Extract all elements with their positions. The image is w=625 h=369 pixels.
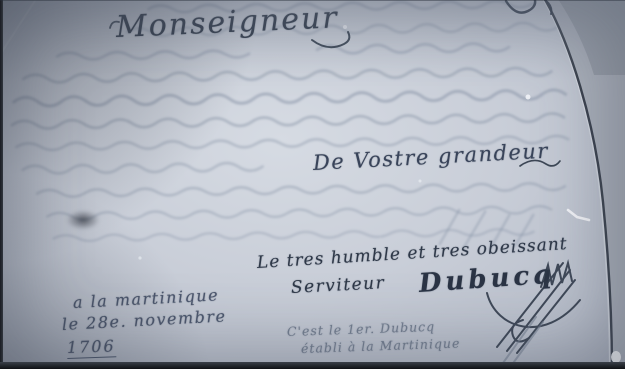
scratch-mark [568, 210, 589, 220]
valediction-text: De Vostre grandeur [312, 139, 549, 175]
ink-smudge [66, 210, 100, 230]
corner-fold-line [0, 0, 38, 58]
closing-line-2: Serviteur [290, 273, 385, 298]
pencil-note-line-2: établi à la Martinique [301, 335, 461, 356]
photo-left-border [0, 0, 3, 369]
pencil-note-line-1: C'est le 1er. Dubucq [287, 319, 436, 339]
photo-top-border [0, 0, 625, 1]
beyond-page-edge [543, 0, 625, 369]
year-text: 1706 [67, 336, 116, 359]
signature-text: Dubucq [418, 260, 556, 299]
salutation-text: Monseigneur [115, 0, 339, 45]
page-edge-line [543, 0, 612, 369]
beyond-page-edge-dark-corner [556, 0, 625, 75]
page-edge-highlight [541, 0, 610, 369]
pencil-flourish [503, 317, 543, 366]
manuscript-photo: Monseigneur De Vostre grandeur Le tres h… [0, 0, 625, 369]
top-right-ink-fragment [506, 0, 551, 14]
photo-bottom-border [0, 362, 625, 369]
